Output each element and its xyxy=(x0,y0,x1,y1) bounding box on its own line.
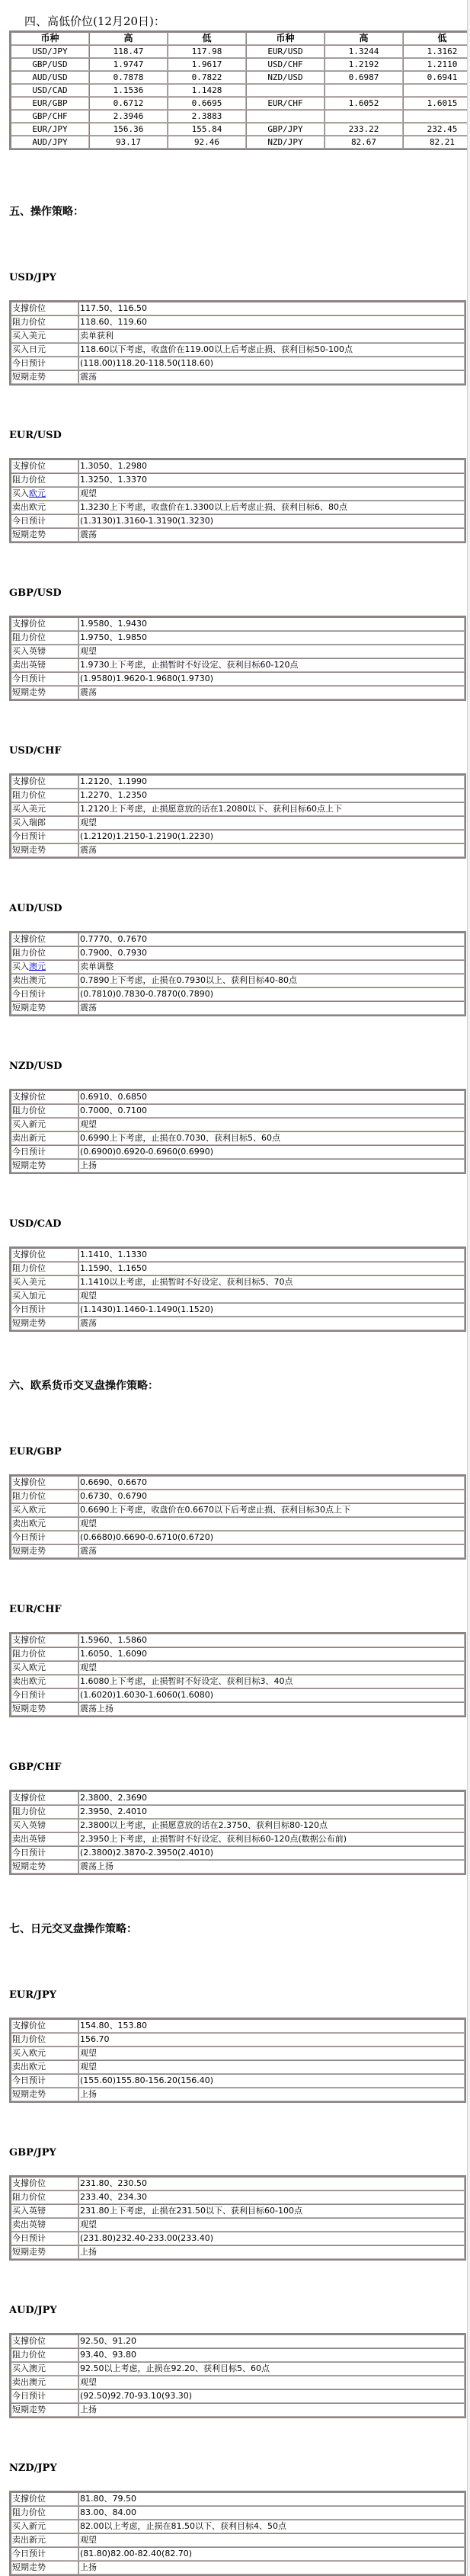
strategy-row: 买入新元82.00以上考虑，止损在81.50以下、获利目标4、50点 xyxy=(11,2520,465,2533)
strategy-row: 今日预计(92.50)92.70-93.10(93.30) xyxy=(11,2389,465,2403)
strategy-row: 支撑价位92.50、91.20 xyxy=(11,2334,465,2348)
strategy-value: 83.00、84.00 xyxy=(78,2506,465,2520)
strategy-label-text: 短期走势 xyxy=(12,2562,46,2572)
high-cell: 0.6987 xyxy=(325,71,403,84)
strategy-label: 支撑价位 xyxy=(11,2492,78,2506)
strategy-row: 支撑价位81.80、79.50 xyxy=(11,2492,465,2506)
strategy-label: 支撑价位 xyxy=(11,2019,78,2033)
strategy-label: 支撑价位 xyxy=(11,1791,78,1805)
strategy-label: 阻力价位 xyxy=(11,2506,78,2520)
strategy-table: 支撑价位92.50、91.20阻力价位93.40、93.80买入澳元92.50以… xyxy=(9,2333,466,2418)
strategy-label: 短期走势 xyxy=(11,843,78,857)
strategy-value: 震荡 xyxy=(78,528,465,542)
strategy-row: 短期走势震荡上扬 xyxy=(11,1702,465,1716)
strategy-label-text: 今日预计 xyxy=(12,2075,46,2085)
strategy-label: 买入美元 xyxy=(11,1275,78,1289)
pair-heading: GBP/USD xyxy=(9,587,470,599)
strategy-value: 92.50、91.20 xyxy=(78,2334,465,2348)
strategy-label-text: 今日预计 xyxy=(12,1304,46,1314)
low-cell: 92.46 xyxy=(168,136,246,149)
high-cell: 1.2192 xyxy=(325,58,403,71)
strategy-value: (1.2120)1.2150-1.2190(1.2230) xyxy=(78,830,465,843)
strategy-value: 震荡上扬 xyxy=(78,1860,465,1874)
strategy-row: 短期走势震荡 xyxy=(11,686,465,699)
pair-heading: EUR/USD xyxy=(9,430,470,441)
strategy-row: 卖出欧元观望 xyxy=(11,1517,465,1531)
strategy-value: 92.50以上考虑，止损在92.20、获利目标5、60点 xyxy=(78,2362,465,2376)
pair-heading: USD/CAD xyxy=(9,1218,470,1230)
strategy-label: 短期走势 xyxy=(11,2088,78,2101)
strategy-row: 阻力价位0.6730、0.6790 xyxy=(11,1490,465,1503)
high-cell: 2.3946 xyxy=(89,110,168,123)
strategy-value: 1.2270、1.2350 xyxy=(78,789,465,802)
high-low-row: EUR/GBP0.67120.6695EUR/CHF1.60521.6015 xyxy=(11,97,470,110)
strategy-label: 短期走势 xyxy=(11,1860,78,1874)
strategy-label-text: 买入加元 xyxy=(12,1291,46,1301)
strategy-label-text: 短期走势 xyxy=(12,1861,46,1871)
high-cell: 0.6712 xyxy=(89,97,168,110)
strategy-label: 短期走势 xyxy=(11,1544,78,1558)
strategy-label: 阻力价位 xyxy=(11,315,78,329)
strategy-table: 支撑价位154.80、153.80阻力价位156.70买入欧元观望卖出欧元观望今… xyxy=(9,2018,466,2103)
high-low-header-row: 币种 高 低 币种 高 低 xyxy=(11,32,470,45)
pair-cell: AUD/JPY xyxy=(11,136,89,149)
strategy-label: 支撑价位 xyxy=(11,1634,78,1647)
pair-heading: EUR/GBP xyxy=(9,1446,470,1458)
strategy-label: 卖出欧元 xyxy=(11,1675,78,1688)
strategy-label: 今日预计 xyxy=(11,1145,78,1159)
strategy-row: 短期走势震荡 xyxy=(11,1317,465,1330)
strategy-label: 今日预计 xyxy=(11,672,78,686)
strategy-table: 支撑价位1.1410、1.1330阻力价位1.1590、1.1650买入美元1.… xyxy=(9,1246,466,1332)
pair-cell: GBP/JPY xyxy=(246,123,325,136)
strategy-row: 阻力价位83.00、84.00 xyxy=(11,2506,465,2520)
strategy-label: 支撑价位 xyxy=(11,2334,78,2348)
strategy-value: 1.1590、1.1650 xyxy=(78,1262,465,1275)
low-cell xyxy=(403,84,470,97)
strategy-value: 观望 xyxy=(78,2218,465,2232)
strategy-label: 阻力价位 xyxy=(11,2348,78,2362)
strategy-row: 阻力价位1.6050、1.6090 xyxy=(11,1647,465,1661)
strategy-value: 观望 xyxy=(78,1289,465,1303)
strategy-label-text: 短期走势 xyxy=(12,1546,46,1556)
pair-heading: GBP/JPY xyxy=(9,2147,470,2158)
strategy-row: 买入澳元卖单调整 xyxy=(11,960,465,974)
strategy-label: 短期走势 xyxy=(11,2403,78,2417)
high-low-row: GBP/CHF2.39462.3883 xyxy=(11,110,470,123)
high-cell: 82.67 xyxy=(325,136,403,149)
strategy-value: 上扬 xyxy=(78,2561,465,2574)
strategy-table: 支撑价位1.3050、1.2980阻力价位1.3250、1.3370买入欧元观望… xyxy=(9,458,466,543)
strategy-label: 卖出欧元 xyxy=(11,1517,78,1531)
strategy-row: 卖出欧元1.3230上下考虑，收盘价在1.3300以上后考虑止损、获利目标6、8… xyxy=(11,501,465,514)
strategy-value: 观望 xyxy=(78,2376,465,2389)
strategy-value: (1.1430)1.1460-1.1490(1.1520) xyxy=(78,1303,465,1317)
strategy-label-text: 卖出欧元 xyxy=(12,1676,46,1686)
strategy-label: 今日预计 xyxy=(11,1688,78,1702)
low-cell: 1.2110 xyxy=(403,58,470,71)
strategy-label-text: 支撑价位 xyxy=(12,776,46,786)
strategy-row: 卖出欧元1.6080上下考虑，止损暂时不好设定、获利目标3、40点 xyxy=(11,1675,465,1688)
strategy-label-text: 买入欧元 xyxy=(12,1505,46,1515)
strategy-label: 支撑价位 xyxy=(11,617,78,631)
strategy-row: 今日预计(1.1430)1.1460-1.1490(1.1520) xyxy=(11,1303,465,1317)
strategy-row: 卖出英镑观望 xyxy=(11,2218,465,2232)
pair-cell: EUR/USD xyxy=(246,45,325,58)
strategy-label: 阻力价位 xyxy=(11,1262,78,1275)
strategy-value: 观望 xyxy=(78,2060,465,2074)
strategy-label-text: 短期走势 xyxy=(12,530,46,539)
strategy-value: 0.6990上下考虑，止损在0.7030、获利目标5、60点 xyxy=(78,1131,465,1145)
strategy-row: 短期走势震荡 xyxy=(11,1544,465,1558)
strategy-label: 阻力价位 xyxy=(11,1805,78,1819)
low-cell: 1.9617 xyxy=(168,58,246,71)
scrollbar-edge[interactable] xyxy=(467,0,470,2576)
low-cell: 0.6941 xyxy=(403,71,470,84)
strategy-value: (155.60)155.80-156.20(156.40) xyxy=(78,2074,465,2088)
strategy-label-text: 买入英镑 xyxy=(12,1820,46,1830)
strategy-label-text: 短期走势 xyxy=(12,1160,46,1170)
high-cell: 1.3244 xyxy=(325,45,403,58)
strategy-label-text: 短期走势 xyxy=(12,2247,46,2257)
strategy-value: 231.80上下考虑，止损在231.50以下、获利目标60-100点 xyxy=(78,2204,465,2218)
strategy-value: 0.6730、0.6790 xyxy=(78,1490,465,1503)
strategy-row: 短期走势震荡 xyxy=(11,1001,465,1015)
strategy-value: (1.6020)1.6030-1.6060(1.6080) xyxy=(78,1688,465,1702)
strategy-value: 1.3250、1.3370 xyxy=(78,473,465,487)
strategy-label-text: 买入美元 xyxy=(12,1277,46,1287)
high-cell xyxy=(325,110,403,123)
strategy-label: 卖出新元 xyxy=(11,2533,78,2547)
strategy-value: 震荡 xyxy=(78,843,465,857)
strategy-value: 卖单获利 xyxy=(78,329,465,343)
strategy-label-text: 卖出欧元 xyxy=(12,502,46,512)
strategy-row: 短期走势震荡 xyxy=(11,370,465,384)
strategy-table: 支撑价位81.80、79.50阻力价位83.00、84.00买入新元82.00以… xyxy=(9,2491,466,2576)
col-header-high: 高 xyxy=(89,32,168,45)
strategy-label-text: 阻力价位 xyxy=(12,2350,46,2360)
strategy-label: 支撑价位 xyxy=(11,2177,78,2190)
strategy-row: 阻力价位233.40、234.30 xyxy=(11,2190,465,2204)
pair-cell: NZD/JPY xyxy=(246,136,325,149)
col-header-pair: 币种 xyxy=(11,32,89,45)
strategy-value: 观望 xyxy=(78,1517,465,1531)
strategy-label-text: 卖出英镑 xyxy=(12,660,46,670)
strategy-label-text: 今日预计 xyxy=(12,1532,46,1542)
col-header-low: 低 xyxy=(403,32,470,45)
strategy-row: 买入美元1.2120上下考虑，止损愿意放的话在1.2080以下、获利目标60点上… xyxy=(11,802,465,816)
strategy-label-text: 卖出英镑 xyxy=(12,1834,46,1844)
section-5: USD/JPY支撑价位117.50、116.50阻力价位118.60、119.6… xyxy=(0,219,470,1332)
strategy-label-text: 今日预计 xyxy=(12,358,46,368)
strategy-value: 1.1410、1.1330 xyxy=(78,1248,465,1262)
strategy-value: 观望 xyxy=(78,2533,465,2547)
high-low-title: 四、高低价位(12月20日)： xyxy=(24,12,470,30)
strategy-value: 0.7000、0.7100 xyxy=(78,1104,465,1118)
strategy-row: 卖出澳元观望 xyxy=(11,2376,465,2389)
low-cell xyxy=(403,110,470,123)
strategy-label: 支撑价位 xyxy=(11,302,78,315)
strategy-value: 2.3950上下考虑，止损暂时不好设定、获利目标60-120点(数据公布前) xyxy=(78,1832,465,1846)
strategy-label-text: 今日预计 xyxy=(12,1848,46,1858)
strategy-label-text: 支撑价位 xyxy=(12,619,46,629)
high-cell: 1.6052 xyxy=(325,97,403,110)
strategy-value: 1.3050、1.2980 xyxy=(78,459,465,473)
high-cell: 1.9747 xyxy=(89,58,168,71)
strategy-label: 买入欧元 xyxy=(11,1661,78,1675)
strategy-table: 支撑价位231.80、230.50阻力价位233.40、234.30买入英镑23… xyxy=(9,2175,466,2261)
strategy-label: 支撑价位 xyxy=(11,1248,78,1262)
high-cell xyxy=(325,84,403,97)
strategy-value: 观望 xyxy=(78,816,465,830)
pair-cell xyxy=(246,84,325,97)
strategy-value: 154.80、153.80 xyxy=(78,2019,465,2033)
strategy-label-text: 阻力价位 xyxy=(12,1106,46,1115)
strategy-label: 买入新元 xyxy=(11,1118,78,1131)
strategy-table: 支撑价位2.3800、2.3690阻力价位2.3950、2.4010买入英镑2.… xyxy=(9,1790,466,1875)
strategy-label-text: 买入美元 xyxy=(12,804,46,814)
strategy-label: 短期走势 xyxy=(11,1317,78,1330)
strategy-label: 今日预计 xyxy=(11,1846,78,1860)
strategy-value: 0.7900、0.7930 xyxy=(78,946,465,960)
strategy-label-text: 阻力价位 xyxy=(12,632,46,642)
strategy-label: 买入日元 xyxy=(11,343,78,357)
strategy-row: 支撑价位1.5960、1.5860 xyxy=(11,1634,465,1647)
strategy-label-text: 支撑价位 xyxy=(12,1250,46,1259)
strategy-row: 阻力价位0.7900、0.7930 xyxy=(11,946,465,960)
strategy-label-text: 卖出欧元 xyxy=(12,2062,46,2072)
strategy-label-text: 今日预计 xyxy=(12,989,46,999)
strategy-label: 买入英镑 xyxy=(11,2204,78,2218)
strategy-label-text: 今日预计 xyxy=(12,831,46,841)
high-low-row: AUD/USD0.78780.7822NZD/USD0.69870.6941 xyxy=(11,71,470,84)
strategy-label: 今日预计 xyxy=(11,987,78,1001)
strategy-value: 2.3800以上考虑，止损愿意放的话在2.3750、获利目标80-120点 xyxy=(78,1819,465,1832)
strategy-row: 短期走势上扬 xyxy=(11,1159,465,1173)
strategy-row: 支撑价位0.6690、0.6670 xyxy=(11,1476,465,1490)
high-cell: 93.17 xyxy=(89,136,168,149)
pair-cell: GBP/USD xyxy=(11,58,89,71)
strategy-row: 买入美元卖单获利 xyxy=(11,329,465,343)
strategy-label-text: 今日预计 xyxy=(12,2233,46,2243)
strategy-label: 支撑价位 xyxy=(11,775,78,789)
strategy-label: 短期走势 xyxy=(11,2561,78,2574)
strategy-row: 短期走势上扬 xyxy=(11,2088,465,2101)
strategy-label-text: 支撑价位 xyxy=(12,1635,46,1645)
strategy-row: 支撑价位1.3050、1.2980 xyxy=(11,459,465,473)
strategy-label: 买入新元 xyxy=(11,2520,78,2533)
low-cell: 2.3883 xyxy=(168,110,246,123)
strategy-row: 阻力价位1.2270、1.2350 xyxy=(11,789,465,802)
strategy-label-text: 买入日元 xyxy=(12,344,46,354)
strategy-row: 阻力价位1.9750、1.9850 xyxy=(11,631,465,645)
strategy-label-text: 卖出澳元 xyxy=(12,975,46,985)
strategy-row: 买入欧元观望 xyxy=(11,1661,465,1675)
strategy-row: 短期走势上扬 xyxy=(11,2245,465,2259)
section-5-title: 五、操作策略： xyxy=(9,203,470,219)
strategy-row: 买入欧元观望 xyxy=(11,2046,465,2060)
strategy-label-text: 今日预计 xyxy=(12,516,46,526)
pair-heading: GBP/CHF xyxy=(9,1762,470,1773)
strategy-label: 短期走势 xyxy=(11,1159,78,1173)
strategy-label: 买入澳元 xyxy=(11,2362,78,2376)
strategy-value: 233.40、234.30 xyxy=(78,2190,465,2204)
strategy-label-text: 买入英镑 xyxy=(12,2206,46,2216)
strategy-label-text: 短期走势 xyxy=(12,2405,46,2414)
pair-heading: AUD/JPY xyxy=(9,2305,470,2316)
high-low-row: USD/JPY118.47117.98EUR/USD1.32441.3162 xyxy=(11,45,470,58)
strategy-table: 支撑价位1.9580、1.9430阻力价位1.9750、1.9850买入英镑观望… xyxy=(9,616,466,701)
strategy-value: 上扬 xyxy=(78,2088,465,2101)
strategy-label: 短期走势 xyxy=(11,2245,78,2259)
strategy-value: 1.6080上下考虑，止损暂时不好设定、获利目标3、40点 xyxy=(78,1675,465,1688)
section-6: EUR/GBP支撑价位0.6690、0.6670阻力价位0.6730、0.679… xyxy=(0,1393,470,1875)
strategy-row: 阻力价位1.1590、1.1650 xyxy=(11,1262,465,1275)
strategy-value: 震荡 xyxy=(78,1544,465,1558)
strategy-row: 卖出新元观望 xyxy=(11,2533,465,2547)
pair-cell: USD/CAD xyxy=(11,84,89,97)
strategy-label: 买入加元 xyxy=(11,1289,78,1303)
strategy-row: 今日预计(0.6680)0.6690-0.6710(0.6720) xyxy=(11,1531,465,1544)
strategy-row: 卖出澳元0.7890上下考虑，止损在0.7930以上、获利目标40-80点 xyxy=(11,974,465,987)
strategy-row: 卖出欧元观望 xyxy=(11,2060,465,2074)
strategy-label-text: 买入瑞郎 xyxy=(12,818,46,827)
strategy-label: 阻力价位 xyxy=(11,1647,78,1661)
section-7: EUR/JPY支撑价位154.80、153.80阻力价位156.70买入欧元观望… xyxy=(0,1936,470,2576)
strategy-value: 117.50、116.50 xyxy=(78,302,465,315)
currency-link[interactable]: 澳元 xyxy=(29,962,46,971)
low-cell: 1.1428 xyxy=(168,84,246,97)
strategy-label-text: 短期走势 xyxy=(12,687,46,697)
strategy-value: 0.6690、0.6670 xyxy=(78,1476,465,1490)
strategy-label: 买入欧元 xyxy=(11,1503,78,1517)
strategy-row: 阻力价位2.3950、2.4010 xyxy=(11,1805,465,1819)
strategy-label-text: 买入 xyxy=(12,488,29,498)
strategy-label-text: 今日预计 xyxy=(12,1690,46,1700)
col-header-high: 高 xyxy=(325,32,403,45)
pair-heading: EUR/JPY xyxy=(9,1989,470,2001)
currency-link[interactable]: 欧元 xyxy=(29,488,46,498)
strategy-label: 买入英镑 xyxy=(11,1819,78,1832)
strategy-value: 震荡 xyxy=(78,1317,465,1330)
strategy-row: 支撑价位1.1410、1.1330 xyxy=(11,1248,465,1262)
strategy-value: 震荡上扬 xyxy=(78,1702,465,1716)
strategy-row: 今日预计(0.6900)0.6920-0.6960(0.6990) xyxy=(11,1145,465,1159)
high-cell: 156.36 xyxy=(89,123,168,136)
strategy-label-text: 阻力价位 xyxy=(12,475,46,485)
pair-cell: GBP/CHF xyxy=(11,110,89,123)
strategy-label: 阻力价位 xyxy=(11,2033,78,2046)
strategy-label: 今日预计 xyxy=(11,1531,78,1544)
high-cell: 0.7878 xyxy=(89,71,168,84)
high-low-row: USD/CAD1.15361.1428 xyxy=(11,84,470,97)
strategy-value: 93.40、93.80 xyxy=(78,2348,465,2362)
strategy-row: 买入瑞郎观望 xyxy=(11,816,465,830)
strategy-label-text: 阻力价位 xyxy=(12,1806,46,1816)
strategy-row: 阻力价位1.3250、1.3370 xyxy=(11,473,465,487)
strategy-value: 0.6690上下考虑，收盘价在0.6670以下后考虑止损、获利目标30点上下 xyxy=(78,1503,465,1517)
strategy-label: 卖出澳元 xyxy=(11,2376,78,2389)
strategy-label: 今日预计 xyxy=(11,2389,78,2403)
low-cell: 0.7822 xyxy=(168,71,246,84)
pair-heading: EUR/CHF xyxy=(9,1604,470,1615)
pair-cell xyxy=(246,110,325,123)
strategy-value: 82.00以上考虑，止损在81.50以下、获利目标4、50点 xyxy=(78,2520,465,2533)
strategy-label: 短期走势 xyxy=(11,370,78,384)
strategy-row: 支撑价位1.2120、1.1990 xyxy=(11,775,465,789)
strategy-row: 买入美元1.1410以上考虑，止损暂时不好设定、获利目标5、70点 xyxy=(11,1275,465,1289)
strategy-row: 今日预计(1.6020)1.6030-1.6060(1.6080) xyxy=(11,1688,465,1702)
strategy-value: 231.80、230.50 xyxy=(78,2177,465,2190)
strategy-label-text: 买入澳元 xyxy=(12,2363,46,2373)
strategy-value: 118.60、119.60 xyxy=(78,315,465,329)
high-low-row: EUR/JPY156.36155.84GBP/JPY233.22232.45 xyxy=(11,123,470,136)
pair-cell: EUR/GBP xyxy=(11,97,89,110)
high-cell: 118.47 xyxy=(89,45,168,58)
strategy-value: 观望 xyxy=(78,1661,465,1675)
strategy-row: 卖出英镑2.3950上下考虑，止损暂时不好设定、获利目标60-120点(数据公布… xyxy=(11,1832,465,1846)
high-low-table: 币种 高 低 币种 高 低 USD/JPY118.47117.98EUR/USD… xyxy=(9,30,470,150)
strategy-value: (118.00)118.20-118.50(118.60) xyxy=(78,357,465,370)
strategy-label: 买入美元 xyxy=(11,329,78,343)
section-6-title: 六、欧系货币交叉盘操作策略： xyxy=(9,1378,470,1393)
strategy-value: 118.60以下考虑，收盘价在119.00以上后考虑止损、获利目标50-100点 xyxy=(78,343,465,357)
strategy-label-text: 短期走势 xyxy=(12,1318,46,1328)
strategy-value: 上扬 xyxy=(78,2403,465,2417)
strategy-label-text: 支撑价位 xyxy=(12,2336,46,2346)
strategy-value: 1.9750、1.9850 xyxy=(78,631,465,645)
high-low-row: AUD/JPY93.1792.46NZD/JPY82.6782.21 xyxy=(11,136,470,149)
strategy-value: (92.50)92.70-93.10(93.30) xyxy=(78,2389,465,2403)
strategy-row: 买入欧元0.6690上下考虑，收盘价在0.6670以下后考虑止损、获利目标30点… xyxy=(11,1503,465,1517)
strategy-label-text: 阻力价位 xyxy=(12,2192,46,2202)
pair-cell: AUD/USD xyxy=(11,71,89,84)
strategy-row: 买入加元观望 xyxy=(11,1289,465,1303)
strategy-label: 短期走势 xyxy=(11,686,78,699)
strategy-label-text: 短期走势 xyxy=(12,372,46,382)
pair-cell: USD/JPY xyxy=(11,45,89,58)
high-cell: 1.1536 xyxy=(89,84,168,97)
strategy-label: 支撑价位 xyxy=(11,1476,78,1490)
strategy-label: 支撑价位 xyxy=(11,459,78,473)
strategy-label: 短期走势 xyxy=(11,1001,78,1015)
strategy-value: 卖单调整 xyxy=(78,960,465,974)
low-cell: 1.6015 xyxy=(403,97,470,110)
strategy-value: 1.1410以上考虑，止损暂时不好设定、获利目标5、70点 xyxy=(78,1275,465,1289)
strategy-label: 今日预计 xyxy=(11,2074,78,2088)
strategy-value: 1.2120上下考虑，止损愿意放的话在1.2080以下、获利目标60点上下 xyxy=(78,802,465,816)
strategy-value: 0.7890上下考虑，止损在0.7930以上、获利目标40-80点 xyxy=(78,974,465,987)
strategy-label-text: 今日预计 xyxy=(12,2391,46,2401)
strategy-label-text: 卖出英镑 xyxy=(12,2219,46,2229)
strategy-row: 阻力价位0.7000、0.7100 xyxy=(11,1104,465,1118)
strategy-label-text: 卖出新元 xyxy=(12,2535,46,2545)
strategy-value: 1.9580、1.9430 xyxy=(78,617,465,631)
strategy-value: 震荡 xyxy=(78,1001,465,1015)
strategy-label: 今日预计 xyxy=(11,514,78,528)
strategy-row: 卖出新元0.6990上下考虑，止损在0.7030、获利目标5、60点 xyxy=(11,1131,465,1145)
strategy-row: 阻力价位93.40、93.80 xyxy=(11,2348,465,2362)
strategy-row: 今日预计(1.2120)1.2150-1.2190(1.2230) xyxy=(11,830,465,843)
strategy-label-text: 阻力价位 xyxy=(12,1263,46,1273)
strategy-table: 支撑价位117.50、116.50阻力价位118.60、119.60买入美元卖单… xyxy=(9,300,466,386)
strategy-value: 1.2120、1.1990 xyxy=(78,775,465,789)
strategy-label-text: 买入欧元 xyxy=(12,2048,46,2058)
strategy-value: (2.3800)2.3870-2.3950(2.4010) xyxy=(78,1846,465,1860)
high-low-row: GBP/USD1.97471.9617USD/CHF1.21921.2110 xyxy=(11,58,470,71)
strategy-label: 阻力价位 xyxy=(11,2190,78,2204)
strategy-label-text: 支撑价位 xyxy=(12,2021,46,2030)
